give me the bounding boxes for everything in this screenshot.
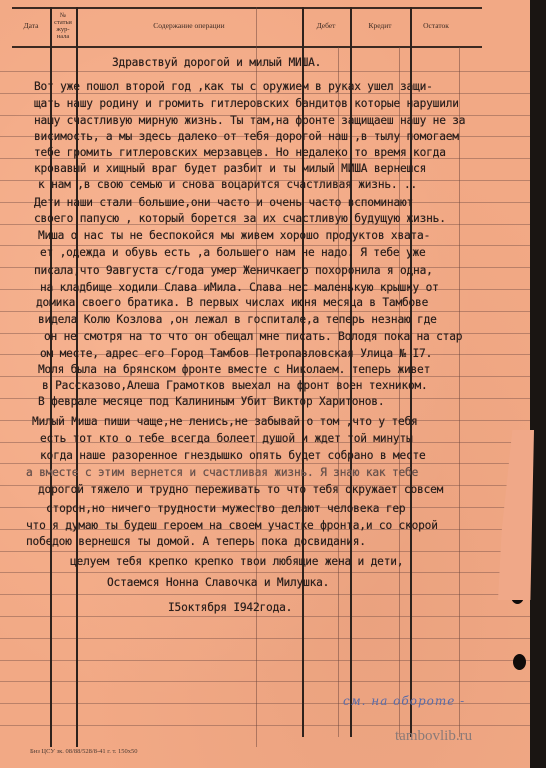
letter-line: ет ,одежда и обувь есть ,а большего нам … [40, 246, 426, 259]
letter-line: он не смотря на то что он обещал мне пис… [44, 330, 462, 343]
ruled-line [0, 463, 530, 464]
ruled-line [0, 616, 530, 617]
letter-line: в Рассказово,Алеша Грамотков выехал на ф… [42, 379, 428, 392]
letter-line: целуем тебя крепко крепко твои любящие ж… [70, 555, 403, 568]
letter-line: победою вернешся ты домой. А теперь пока… [26, 535, 366, 548]
letter-line: Милый Миша пиши чаще,не ленись,не забыва… [32, 415, 418, 428]
ruled-line [0, 725, 530, 726]
letter-line: к нам ,в свою семью и снова воцарится сч… [38, 178, 417, 191]
header-credit: Кредит [350, 8, 410, 44]
header-entry-number-line: жур- [56, 26, 69, 33]
letter-line: писала,что 9августа с/года умер Женичкае… [34, 264, 433, 277]
letter-line: Моля была на брянском фронте вместе с Ни… [38, 363, 430, 376]
letter-line: тебе громить гитлеровских мерзавцев. Но … [34, 146, 446, 159]
ruled-line [0, 681, 530, 682]
letter-date: I5октября I942года. [168, 601, 292, 614]
letter-line: домика своего братика. В первых числах и… [36, 296, 428, 309]
letter-line: Миша о нас ты не беспокойся мы живем хор… [38, 229, 430, 242]
header-operation: Содержание операции [76, 8, 302, 44]
header-date: Дата [12, 8, 50, 44]
header-entry-number-line: № [60, 12, 66, 19]
ruled-line [0, 93, 530, 94]
ruled-line [0, 572, 530, 573]
letter-line: Дети наши стали большие,они часто и очен… [34, 196, 413, 209]
ruled-line [0, 376, 530, 377]
column-divider [459, 47, 460, 737]
letter-line: нашу счастливую мирную жизнь. Ты там,на … [34, 114, 465, 127]
watermark: tambovlib.ru [395, 728, 472, 745]
letter-line: когда наше разоренное гнездышко опять бу… [40, 449, 426, 462]
letter-signature: Остаемся Нонна Славочка и Милушка. [107, 576, 329, 589]
letter-line: Вот уже пошол второй год ,как ты с оружи… [34, 80, 433, 93]
ruled-line [0, 71, 530, 72]
letter-line: щать нашу родину и громить гитлеровских … [34, 97, 459, 110]
header-entry-number: № статьи жур- нала [50, 8, 76, 44]
letter-line: есть тот кто о тебе всегда болеет душой … [40, 432, 413, 445]
letter-line: ом месте, адрес его Город Тамбов Петропа… [40, 347, 432, 360]
letter-line: В феврале месяце под Калининым Убит Викт… [38, 395, 384, 408]
letter-line: а вместе с этим вернется и счастливая жи… [26, 466, 418, 479]
letter-line: видела Колю Козлова ,он лежал в госпитал… [38, 313, 437, 326]
header-bottom-rule [12, 46, 482, 48]
letter-line: на кладбище ходили Слава иМила. Слава не… [40, 281, 439, 294]
punch-hole [513, 654, 526, 670]
form-footer: Бнз ЦСУ зк. 08/88/528/8-41 г. т. 150х50 [30, 748, 138, 755]
letter-line: что я думаю ты будеш героем на своем уча… [26, 519, 438, 532]
ruled-line [0, 638, 530, 639]
letter-line: кровавый и хищный враг будет разбит и ты… [34, 162, 426, 175]
letter-greeting: Здравствуй дорогой и милый МИША. [112, 56, 321, 69]
letter-line: сторон,но ничего трудности мужество дела… [46, 502, 405, 515]
header-debit: Дебет [302, 8, 350, 44]
letter-line: дорогой тяжело и трудно переживать то чт… [38, 483, 443, 496]
header-entry-number-line: нала [57, 33, 70, 40]
header-balance: Остаток [410, 8, 462, 44]
ruled-line [0, 311, 530, 312]
ruled-line [0, 551, 530, 552]
ruled-line [0, 660, 530, 661]
ruled-line [0, 594, 530, 595]
header-entry-number-line: статьи [54, 19, 72, 26]
letter-line: висимость, а мы здесь далеко от тебя дор… [34, 130, 459, 143]
ledger-page: Дата № статьи жур- нала Содержание опера… [0, 0, 530, 768]
letter-line: своего папусю , который борется за их сч… [34, 212, 446, 225]
handwritten-note: см. на обороте - [343, 694, 465, 708]
